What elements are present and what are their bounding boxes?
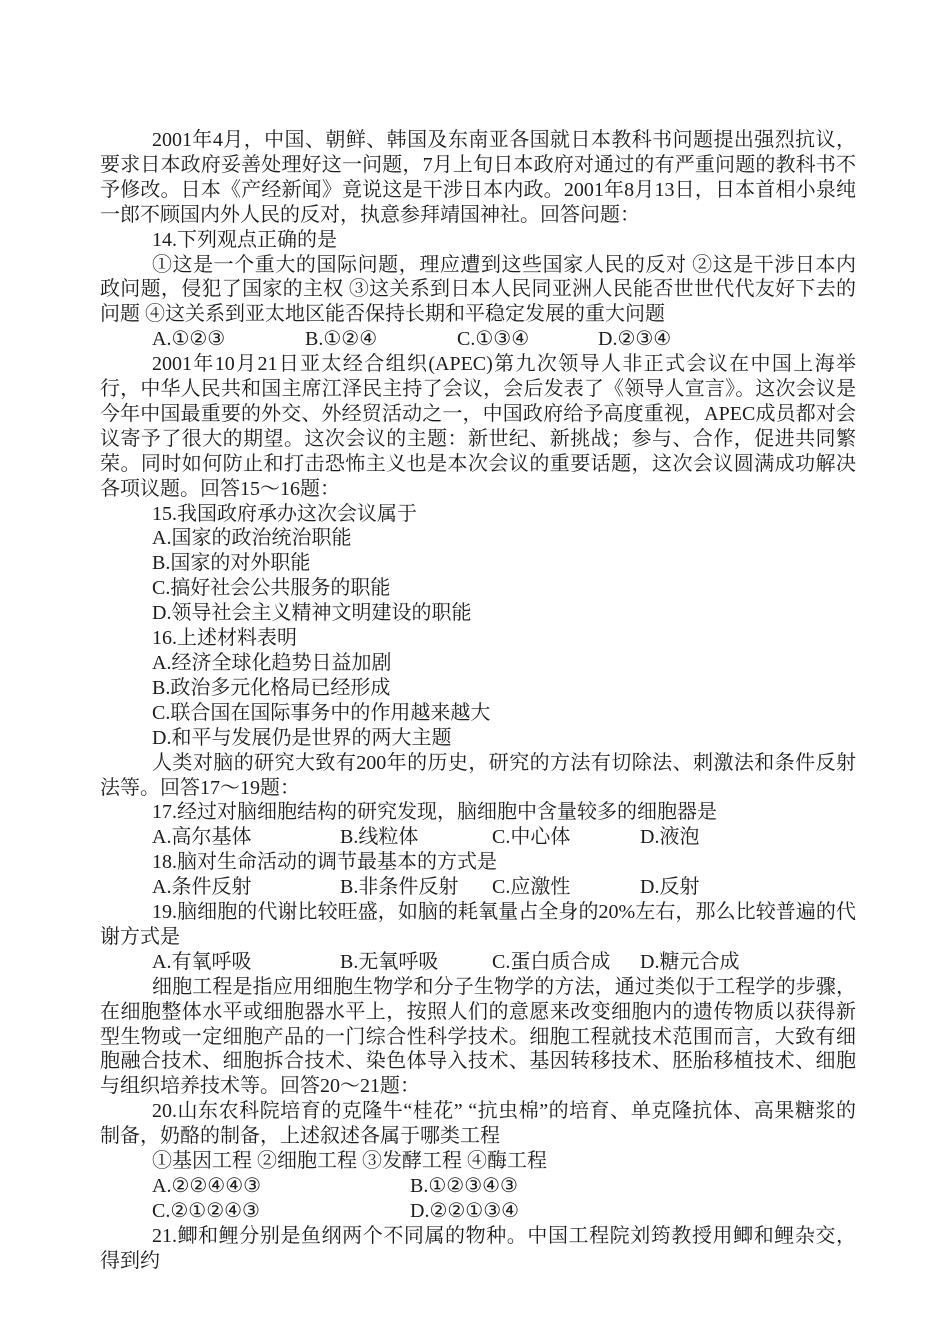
question-19-option-b: B.无氧呼吸	[340, 950, 492, 975]
document-body: 2001年4月，中国、朝鲜、韩国及东南亚各国就日本教科书问题提出强烈抗议，要求日…	[100, 128, 856, 1274]
question-18-options: A.条件反射 B.非条件反射 C.应激性 D.反射	[100, 875, 856, 900]
question-19-option-c: C.蛋白质合成	[492, 950, 640, 975]
passage-cell-engineering: 细胞工程是指应用细胞生物学和分子生物学的方法，通过类似于工程学的步骤，在细胞整体…	[100, 975, 856, 1100]
question-14-options: A.①②③ B.①②④ C.①③④ D.②③④	[100, 327, 856, 352]
question-19-option-d: D.糖元合成	[640, 950, 739, 975]
question-20-option-c: C.②①②④③	[152, 1199, 410, 1224]
question-15-option-a: A.国家的政治统治职能	[100, 526, 856, 551]
question-19-option-a: A.有氧呼吸	[152, 950, 340, 975]
question-14-stem: 14.下列观点正确的是	[100, 228, 856, 253]
passage-japan-textbook: 2001年4月，中国、朝鲜、韩国及东南亚各国就日本教科书问题提出强烈抗议，要求日…	[100, 128, 856, 228]
exam-page: 2001年4月，中国、朝鲜、韩国及东南亚各国就日本教科书问题提出强烈抗议，要求日…	[0, 0, 950, 1344]
question-17-option-b: B.线粒体	[340, 825, 492, 850]
question-16-option-b: B.政治多元化格局已经形成	[100, 676, 856, 701]
question-18-option-c: C.应激性	[492, 875, 640, 900]
question-16-option-c: C.联合国在国际事务中的作用越来越大	[100, 701, 856, 726]
question-14-option-a: A.①②③	[152, 327, 305, 352]
question-18-option-d: D.反射	[640, 875, 699, 900]
question-16-option-a: A.经济全球化趋势日益加剧	[100, 651, 856, 676]
question-14-option-c: C.①③④	[457, 327, 598, 352]
question-17-options: A.高尔基体 B.线粒体 C.中心体 D.液泡	[100, 825, 856, 850]
question-14-option-b: B.①②④	[305, 327, 457, 352]
question-15-stem: 15.我国政府承办这次会议属于	[100, 502, 856, 527]
question-17-option-c: C.中心体	[492, 825, 640, 850]
question-14-option-d: D.②③④	[598, 327, 671, 352]
question-15-option-b: B.国家的对外职能	[100, 551, 856, 576]
question-20-options-row-1: A.②②④④③ B.①②③④③	[100, 1174, 856, 1199]
question-15-option-c: C.搞好社会公共服务的职能	[100, 576, 856, 601]
question-20-stem: 20.山东农科院培育的克隆牛“桂花” “抗虫棉”的培育、单克隆抗体、高果糖浆的制…	[100, 1099, 856, 1149]
question-19-stem: 19.脑细胞的代谢比较旺盛，如脑的耗氧量占全身的20%左右，那么比较普遍的代谢方…	[100, 900, 856, 950]
question-18-option-a: A.条件反射	[152, 875, 340, 900]
question-20-option-d: D.②②①③④	[410, 1199, 519, 1224]
question-15-option-d: D.领导社会主义精神文明建设的职能	[100, 601, 856, 626]
question-16-stem: 16.上述材料表明	[100, 626, 856, 651]
question-17-option-a: A.高尔基体	[152, 825, 340, 850]
question-18-stem: 18.脑对生命活动的调节最基本的方式是	[100, 850, 856, 875]
question-14-statements: ①这是一个重大的国际问题，理应遭到这些国家人民的反对 ②这是干涉日本内政问题，侵…	[100, 253, 856, 328]
question-20-list: ①基因工程 ②细胞工程 ③发酵工程 ④酶工程	[100, 1149, 856, 1174]
question-16-option-d: D.和平与发展仍是世界的两大主题	[100, 726, 856, 751]
question-19-options: A.有氧呼吸 B.无氧呼吸 C.蛋白质合成 D.糖元合成	[100, 950, 856, 975]
passage-brain-research: 人类对脑的研究大致有200年的历史，研究的方法有切除法、刺激法和条件反射法等。回…	[100, 751, 856, 801]
question-20-option-a: A.②②④④③	[152, 1174, 410, 1199]
question-17-stem: 17.经过对脑细胞结构的研究发现，脑细胞中含量较多的细胞器是	[100, 800, 856, 825]
passage-apec-meeting: 2001年10月21日亚太经合组织(APEC)第九次领导人非正式会议在中国上海举…	[100, 352, 856, 501]
question-21-stem: 21.鲫和鲤分别是鱼纲两个不同属的物种。中国工程院刘筠教授用鲫和鲤杂交，得到约	[100, 1224, 856, 1274]
question-20-options-row-2: C.②①②④③ D.②②①③④	[100, 1199, 856, 1224]
question-20-option-b: B.①②③④③	[410, 1174, 518, 1199]
question-18-option-b: B.非条件反射	[340, 875, 492, 900]
question-17-option-d: D.液泡	[640, 825, 699, 850]
